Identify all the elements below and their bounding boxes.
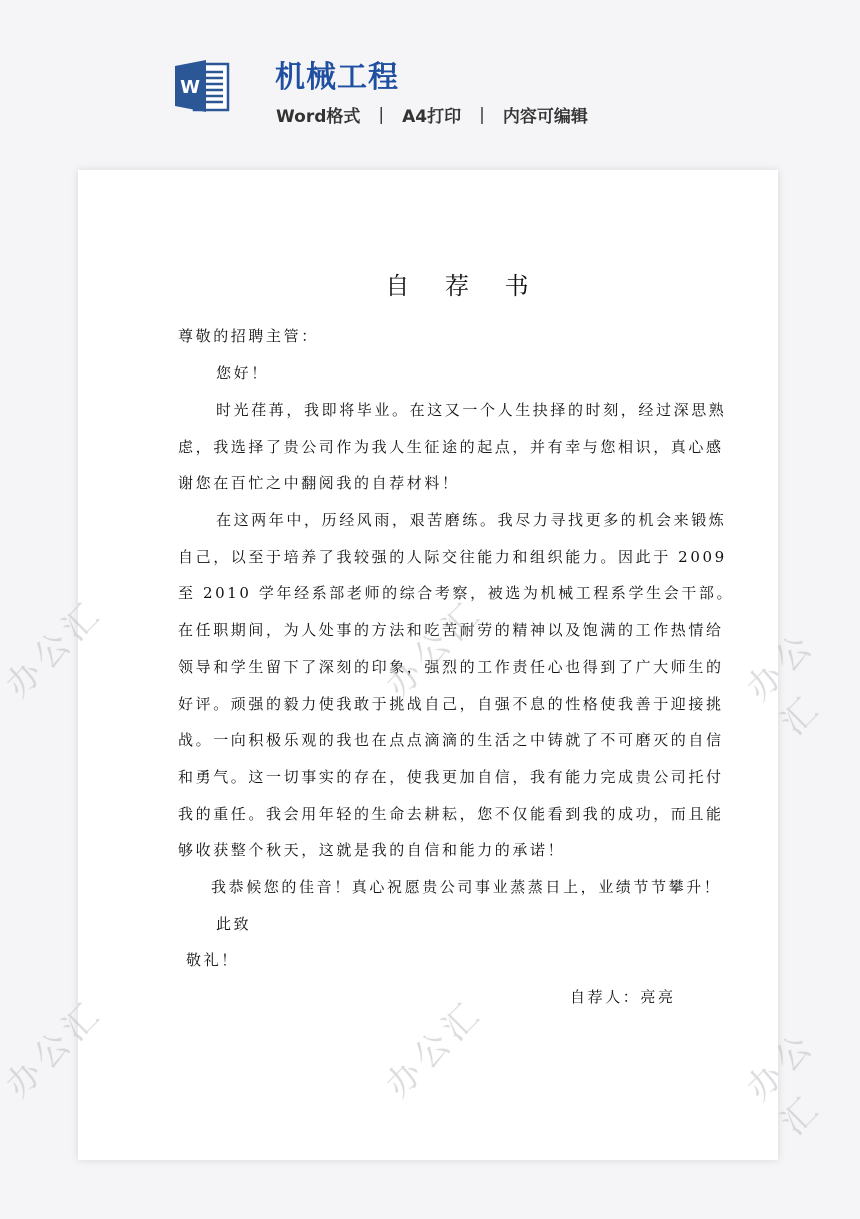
word-document-icon: W <box>174 58 230 114</box>
paragraph-line: 自己，以至于培养了我较强的人际交往能力和组织能力。因此于 2009 <box>178 547 727 567</box>
page-title: 机械工程 <box>275 52 399 96</box>
salutation: 尊敬的招聘主管： <box>178 326 319 346</box>
paragraph-line: 时光荏苒，我即将毕业。在这又一个人生抉择的时刻，经过深思熟 <box>216 400 726 420</box>
tag-word-format: Word格式 <box>276 102 360 127</box>
tag-separator: | <box>479 105 485 125</box>
paragraph-line: 战。一向积极乐观的我也在点点滴滴的生活之中铸就了不可磨灭的自信 <box>178 730 724 750</box>
paragraph-line: 领导和学生留下了深刻的印象，强烈的工作责任心也得到了广大师生的 <box>178 657 724 677</box>
paragraph-line: 虑，我选择了贵公司作为我人生征途的起点，并有幸与您相识，真心感 <box>178 437 724 457</box>
paragraph-line: 在这两年中，历经风雨，艰苦磨练。我尽力寻找更多的机会来锻炼 <box>216 510 726 530</box>
paragraph-line: 我的重任。我会用年轻的生命去耕耘，您不仅能看到我的成功，而且能 <box>178 804 724 824</box>
feature-tags: Word格式 | A4打印 | 内容可编辑 <box>276 102 588 127</box>
closing-wish: 我恭候您的佳音！真心祝愿贵公司事业蒸蒸日上，业绩节节攀升！ <box>211 877 721 897</box>
paragraph-line: 谢您在百忙之中翻阅我的自荐材料！ <box>178 473 460 493</box>
document-title: 自 荐 书 <box>178 266 750 301</box>
closing-line-1: 此致 <box>216 914 251 934</box>
paragraph-line: 和勇气。这一切事实的存在，使我更加自信，我有能力完成贵公司托付 <box>178 767 724 787</box>
tag-editable: 内容可编辑 <box>503 102 588 127</box>
paragraph-line: 够收获整个秋天，这就是我的自信和能力的承诺！ <box>178 840 565 860</box>
closing-line-2: 敬礼！ <box>186 950 239 970</box>
paragraph-line: 在任职期间，为人处事的方法和吃苦耐劳的精神以及饱满的工作热情给 <box>178 620 724 640</box>
paragraph-line: 至 2010 学年经系部老师的综合考察，被选为机械工程系学生会干部。 <box>178 583 734 603</box>
greeting: 您好！ <box>216 363 269 383</box>
header: W 机械工程 Word格式 | A4打印 | 内容可编辑 <box>0 0 860 170</box>
svg-text:W: W <box>180 77 200 98</box>
tag-separator: | <box>378 105 384 125</box>
tag-a4-print: A4打印 <box>402 102 461 127</box>
signature: 自荐人：亮亮 <box>570 987 676 1007</box>
paragraph-line: 好评。顽强的毅力使我敢于挑战自己，自强不息的性格使我善于迎接挑 <box>178 694 724 714</box>
document-page: 自 荐 书 尊敬的招聘主管： 您好！ 时光荏苒，我即将毕业。在这又一个人生抉择的… <box>78 170 778 1160</box>
